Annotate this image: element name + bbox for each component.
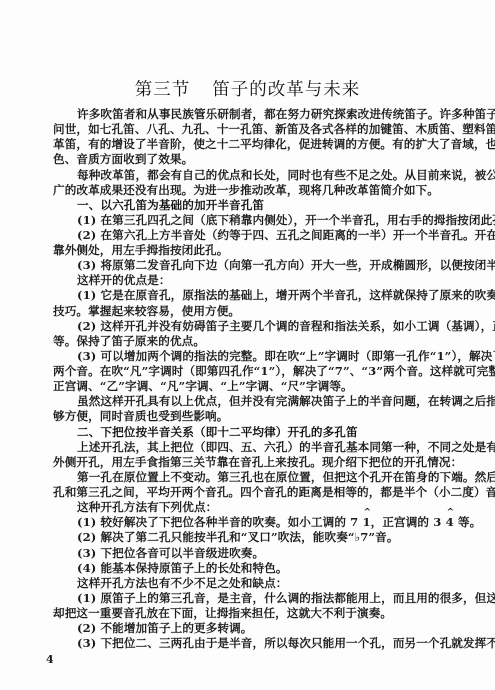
text-line: (1) 它是在原音孔，原指法的基础上，增开两个半音孔，这样就保持了原来的吹奏指法… [77,288,479,303]
text-line: 孔和第三孔之间，平均开两个音孔。四个音孔的距离是相等的，都是半个（小二度）音程。 [53,485,455,500]
text-line: (2) 在第六孔上方半音处（约等于四、五孔之间距离的一半）开一个半音孔。开在底下… [77,228,479,243]
text-line: (1) 较好解决了下把位各种半音的吹奏。如小工调的 7 1，正宫调的 3 4 等… [77,515,479,530]
text-line: (3) 下把位二、三两孔由于是半音，所以每次只能用一个孔，而另一个孔就发挥不了更… [77,636,479,651]
text-line: 够方便，同时音质也受到些影响。 [53,409,455,424]
text-line: (4) 能基本保持原笛子上的长处和特色。 [77,561,479,576]
text-line: (1) 在第三孔四孔之间（底下稍靠内侧处），开一个半音孔，用右手的拇指按闭此孔。 [77,213,479,228]
text-line: 革笛，有的增设了半音阶，使之十二平均律化，促进转调的方便。有的扩大了音域，也有的… [53,137,455,152]
text-line: 问世，如七孔笛、八孔、九孔、十一孔笛、新笛及各式各样的加键笛、木质笛、塑料笛等。… [53,122,455,137]
section-title: 第三节笛子的改革与未来 [0,76,495,101]
text-line: (2) 不能增加笛子上的更多转调。 [77,621,479,636]
text-line: 这种开孔方法有下列优点： [77,500,479,515]
text-line: 正宫调、“乙”字调、“凡”字调、“上”字调、“尺”字调等。 [53,379,455,394]
text-line: 却把这一重要音孔放在下面，让拇指来担任，这就大不利于演奏。 [53,606,455,621]
section-subheading: 二、下把位按半音关系（即十二平均律）开孔的多孔笛 [77,425,479,440]
text-line: (3) 下把位各音可以半音级进吹奏。 [77,546,479,561]
sharp-note-mark: 4 [446,515,454,530]
text-line: 技巧。掌握起来较容易，使用方便。 [53,304,455,319]
text-line: (2) 这样开孔并没有妨碍笛子主要几个调的音程和指法关系，如小工调（基调），正宫… [77,319,479,334]
section-heading: 笛子的改革与未来 [212,80,360,100]
text-line: 上述开孔法，其上把位（即四、五、六孔）的半音孔基本同第一种，不同之处是有些演奏者… [77,440,479,455]
text-line: 第一孔在原位置上不变动。第三孔也在原位置，但把这个孔开在笛身的下端。然后在第一 [77,470,479,485]
text-line: 外侧开孔，用左手食指第三关节靠在音孔上来按孔。现介绍下把位的开孔情况： [53,455,455,470]
text-line: 这样开孔方法也有不少不足之处和缺点： [77,576,479,591]
text-line: (1) 原笛子上的第三孔音，是主音，什么调的指法都能用上，而且用的很多，但这种开… [77,591,479,606]
text-line: 虽然这样开孔具有以上优点，但并没有完满解决笛子上的半音问题，在转调之后指法还不 [77,394,479,409]
text-line: 许多吹笛者和从事民族管乐研制者，都在努力研究探索改进传统笛子。许多种笛子已先后 [77,107,479,122]
section-number: 第三节 [135,80,191,100]
text-line: (3) 可以增加两个调的指法的完整。即在吹“上”字调时（即第一孔作“1”），解决… [77,349,479,364]
sharp-note-mark: 1 [362,515,370,530]
text-line: 色、音质方面收到了效果。 [53,152,455,167]
text-line: 这样开的优点是： [77,273,479,288]
text-line: 每种改革笛，都会有自己的优点和长处，同时也有些不足之处。从目前来说，被公认的、推 [77,168,479,183]
page-number: 4 [46,653,54,666]
text-line: 等。保持了笛子原来的优点。 [53,334,455,349]
text-line: 靠外侧处，用左手拇指按闭此孔。 [53,243,455,258]
text-line: (2) 解决了第二孔只能按半孔和“叉口”吹法，能吹奏“♭7”音。 [77,530,479,545]
text-line: (3) 将原第二发音孔向下边（向第一孔方向）开大一些，开成椭圆形，以便按闭半孔。 [77,258,479,273]
text-line: 广的改革成果还没有出现。为进一步推动改革，现将几种改革笛简介如下。 [53,183,455,198]
text-line: 两个音。在吹“凡”字调时（即第四孔作“1”），解决了“7”、“3”两个音。这样就… [53,364,455,379]
section-subheading: 一、以六孔笛为基础的加开半音孔笛 [77,198,479,213]
